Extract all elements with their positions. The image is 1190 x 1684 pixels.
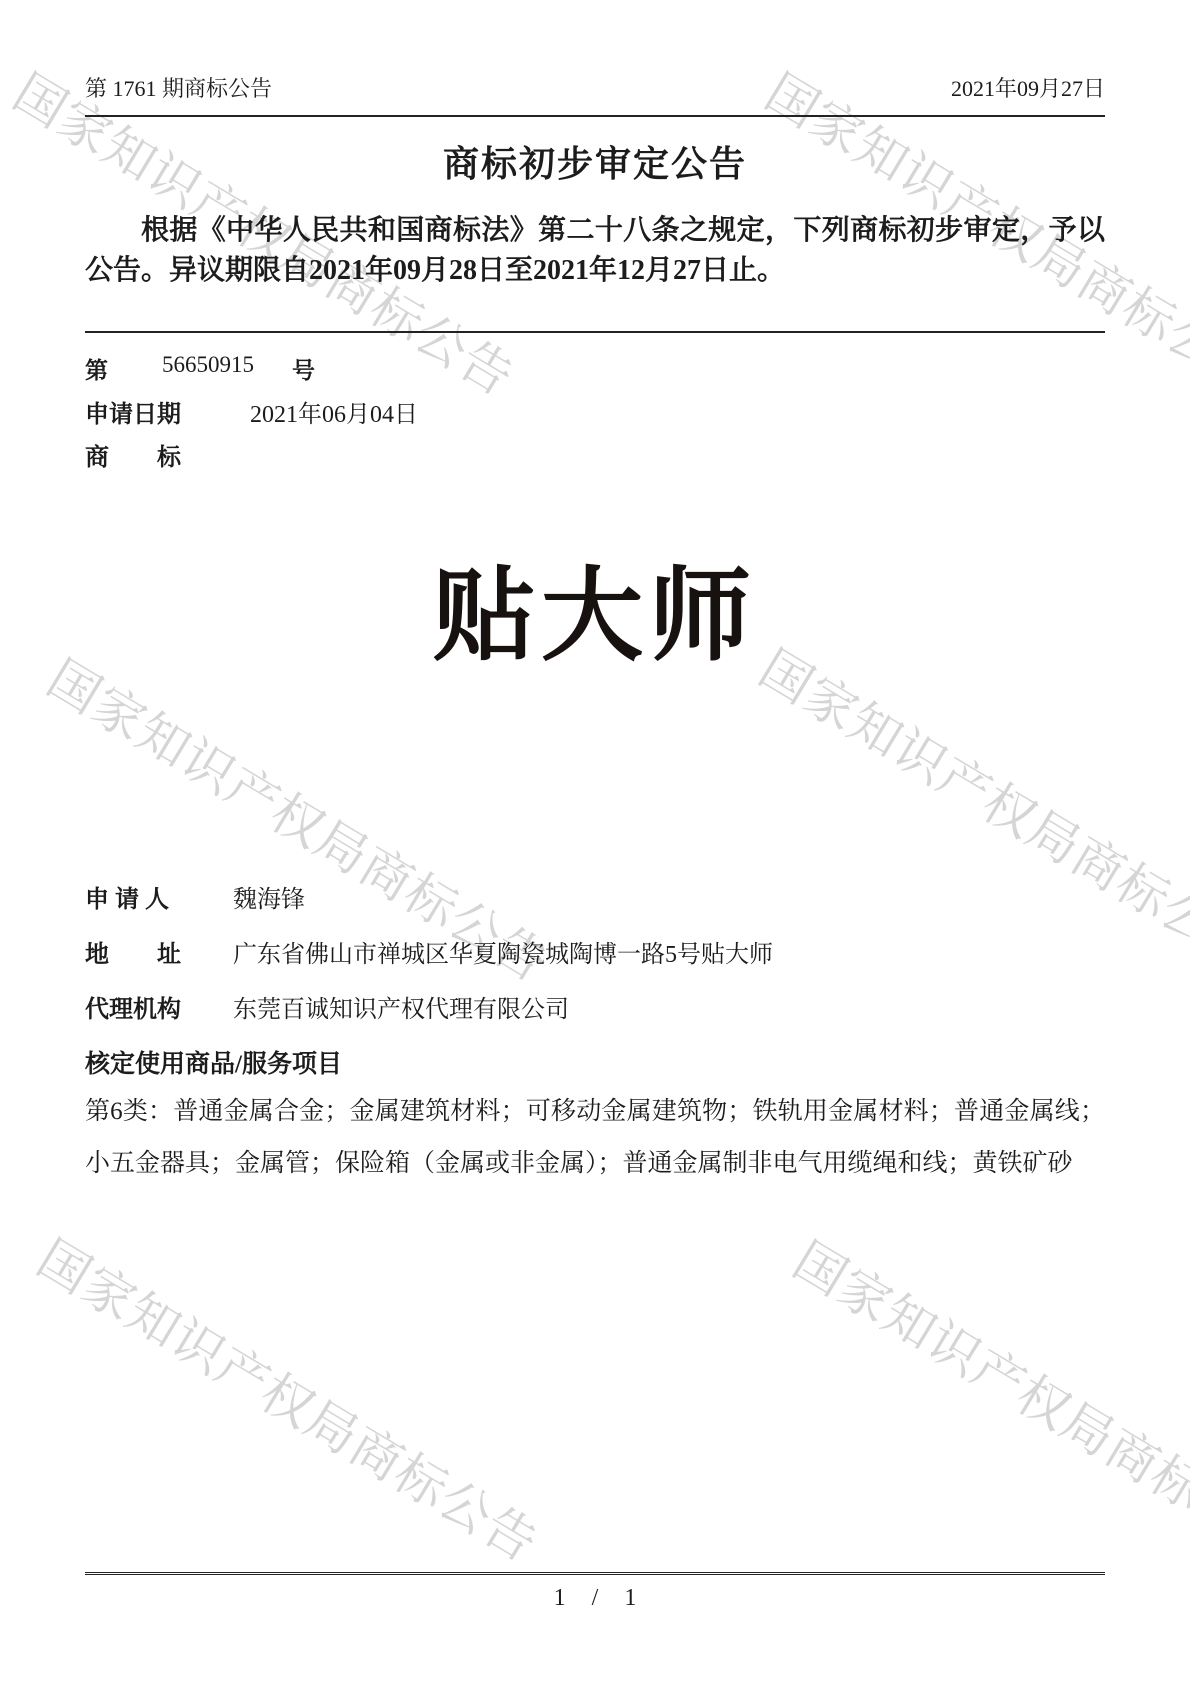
gazette-page: 国家知识产权局商标公告 国家知识产权局商标公告 国家知识产权局商标公告 国家知识…	[0, 0, 1190, 1684]
header-divider	[85, 115, 1105, 117]
gazette-issue-label: 第 1761 期商标公告	[85, 72, 272, 103]
agency-value: 东莞百诚知识产权代理有限公司	[233, 989, 569, 1024]
reg-number-value: 56650915	[162, 352, 254, 378]
notice-paragraph: 根据《中华人民共和国商标法》第二十八条之规定，下列商标初步审定，予以公告。异议期…	[85, 211, 1105, 291]
applicant-value: 魏海锋	[233, 879, 305, 914]
address-label: 地 址	[85, 942, 181, 968]
gazette-date: 2021年09月27日	[951, 72, 1105, 103]
page-separator: /	[592, 1585, 599, 1611]
applicant-label: 申 请 人	[85, 887, 169, 913]
section-divider	[85, 331, 1105, 333]
trademark-label-row: 商 标	[85, 437, 181, 472]
goods-services-list: 第6类：普通金属合金；金属建筑材料；可移动金属建筑物；铁轨用金属材料；普通金属线…	[85, 1086, 1105, 1190]
registration-number-row: 第 56650915 号	[85, 352, 1105, 385]
document-content: 第 1761 期商标公告 2021年09月27日 商标初步审定公告 根据《中华人…	[0, 0, 1190, 1684]
page-number: 1/1	[85, 1585, 1105, 1612]
address-value: 广东省佛山市禅城区华夏陶瓷城陶博一路5号贴大师	[233, 934, 773, 969]
page-title: 商标初步审定公告	[85, 136, 1105, 187]
application-date-label: 申请日期	[85, 402, 181, 428]
goods-services-heading: 核定使用商品/服务项目	[85, 1044, 342, 1080]
trademark-image: 贴大师	[85, 535, 1105, 681]
trademark-label: 商 标	[85, 445, 181, 471]
reg-number-suffix: 号	[292, 352, 315, 385]
application-date-value: 2021年06月04日	[250, 394, 418, 429]
application-date-row: 申请日期 2021年06月04日	[85, 394, 181, 429]
footer-divider	[85, 1572, 1105, 1578]
address-row: 地 址 广东省佛山市禅城区华夏陶瓷城陶博一路5号贴大师	[85, 934, 1105, 969]
agency-label: 代理机构	[85, 997, 181, 1023]
applicant-row: 申 请 人 魏海锋	[85, 879, 1105, 914]
agency-row: 代理机构 东莞百诚知识产权代理有限公司	[85, 989, 1105, 1024]
current-page: 1	[554, 1585, 566, 1611]
reg-number-prefix: 第	[85, 358, 108, 383]
total-pages: 1	[624, 1585, 636, 1611]
